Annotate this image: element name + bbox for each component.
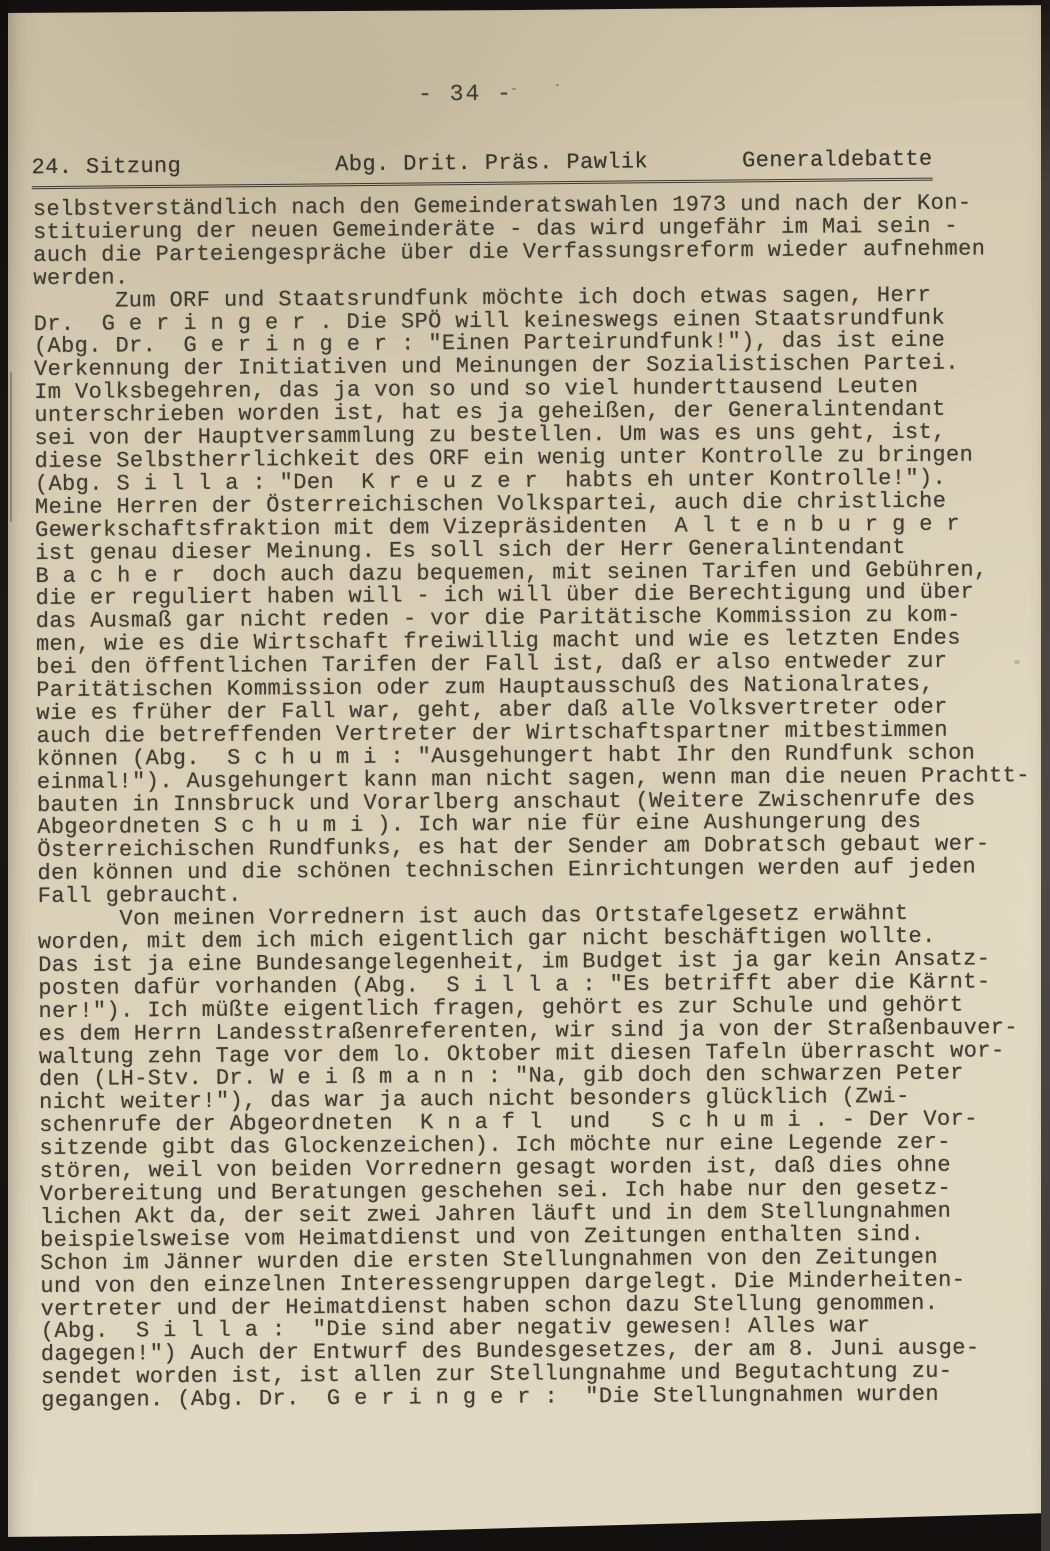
header-speaker-label: Abg. Drit. Präs. Pawlik (335, 149, 648, 177)
header-topic-label: Generaldebatte (742, 147, 933, 174)
page-number: - 34 - (418, 81, 513, 108)
scan-edge-left (0, 0, 8, 1551)
scanned-page: - 34 - 24. Sitzung Abg. Drit. Präs. Pawl… (0, 0, 1050, 1551)
page-header: 24. Sitzung Abg. Drit. Präs. Pawlik Gene… (31, 147, 932, 190)
paper-speck (512, 88, 516, 90)
paper-speck (1014, 660, 1020, 664)
typewritten-body-text: selbstverständlich nach den Gemeinderats… (33, 192, 1016, 1413)
page-content: - 34 - 24. Sitzung Abg. Drit. Präs. Pawl… (0, 0, 1050, 1551)
header-session-label: 24. Sitzung (31, 154, 181, 180)
scan-edge-right (1041, 0, 1050, 1551)
paper-crease (10, 372, 12, 522)
paper-speck (556, 84, 559, 86)
paper-speck (210, 252, 214, 255)
